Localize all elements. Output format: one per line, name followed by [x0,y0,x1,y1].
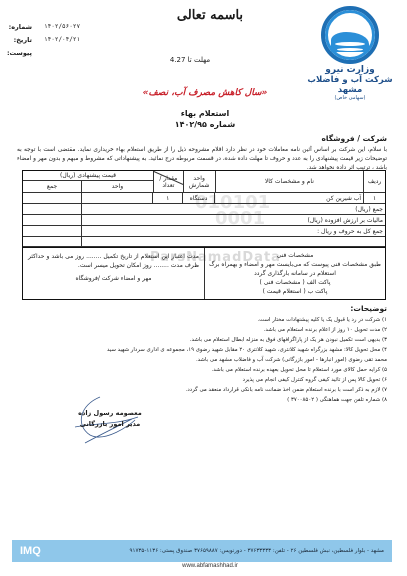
note-item: ۱) شرکت در رد یا قبول یک یا کلیه پیشنهاد… [17,315,387,325]
slogan: «سال کاهش مصرف آب، نصف» [90,88,320,98]
validity-section: مدت اعتبار این استعلام از تاریخ تکمیل ..… [23,248,204,299]
intro-paragraph: با سلام، این شرکت بر اساس آئین نامه معام… [17,146,387,173]
table-header-row: ردیف نام و مشخصات کالا واحد شمارش مقدار … [23,171,385,193]
blank-row [23,237,385,247]
row-price-unit-input[interactable] [81,193,153,203]
meta-date-value: ۱۴۰۲/۰۴/۲۱ [44,36,89,43]
deadline-note: مهلت تا 4.27 [140,56,240,64]
header-price-sub: واحد جمع [23,181,153,192]
row-name: آب شیرین کن [214,193,363,203]
company-line: شرکت / فروشگاه [321,134,387,143]
notes-title: توضیحات: [350,304,387,313]
meta-date-label: تاریخ: [10,36,32,44]
header-qty: مقدار / تعداد [153,171,183,192]
total-words-label: جمع کل به حروف و ریال : [236,226,385,236]
water-drop-logo-icon [321,6,379,64]
header-name: نام و مشخصات کالا [215,171,364,192]
note-item: ۲) مدت تحویل ۱۰ روز از اعلام برنده استعل… [17,325,387,335]
company-logo: وزارت نیرو شرکت آب و فاضلاب مشهد (سهامی … [300,6,400,101]
footer-band: مشهد - بلوار فلسطین، نبش فلسطین ۲۶ - تلف… [12,540,392,562]
technical-line: استعلام در سامانه بارگذاری گردد [209,269,381,278]
meta-number-value: ۱۴۰۲/۵۶۰۲۷ [44,23,89,30]
header-unit: واحد شمارش [183,171,215,192]
note-item: محمد تقی رضوی (امور انبارها - امور بازرگ… [17,355,387,365]
vat-value-input[interactable] [23,215,81,225]
inquiry-number: شماره ۱۴۰۲/۹۵ [120,119,290,130]
table-row: ۱ آب شیرین کن دستگاه ۱ [23,193,385,204]
header-price-group: قیمت پیشنهادی (ریال) واحد جمع [23,171,153,192]
validity-text: مدت اعتبار این استعلام از تاریخ تکمیل ..… [28,252,199,270]
header-index: ردیف [363,171,385,192]
price-inquiry-table: ردیف نام و مشخصات کالا واحد شمارش مقدار … [22,170,386,300]
row-unit: دستگاه [182,193,214,203]
signer-role: مدیر امور بازرگانی [70,419,150,430]
blank-cell-side [23,237,81,246]
meta-attachment: پیوست: [10,46,90,59]
meta-date: تاریخ: ۱۴۰۲/۰۴/۲۱ [10,33,90,46]
notes-list: ۱) شرکت در رد یا قبول یک یا کلیه پیشنهاد… [17,315,387,405]
row-price-total-input[interactable] [23,193,81,203]
note-item: ۵) کرایه حمل کالای مورد استعلام تا محل ت… [17,365,387,375]
signature-block: معصومه رسول زاده مدیر امور بازرگانی [70,408,150,430]
technical-line: پاکت ب ( استعلام قیمت ) [209,287,381,296]
letter-meta: شماره: ۱۴۰۲/۵۶۰۲۷ تاریخ: ۱۴۰۲/۰۴/۲۱ پیوس… [10,20,90,59]
note-item: ۶) تحویل کالا پس از تائید کیفی گروه کنتر… [17,375,387,385]
note-item: ۷) لازم به ذکر است با برنده استعلام ضمن … [17,385,387,395]
technical-and-validity: مشخصات فنی طبق مشخصات فنی پیوست که می‌با… [23,247,385,299]
vat-label: مالیات بر ارزش افزوده (ریال) [81,215,385,225]
sum-label: جمع (ریال) [81,204,385,214]
header-price-title: قیمت پیشنهادی (ریال) [23,171,153,181]
vat-row: مالیات بر ارزش افزوده (ریال) [23,215,385,226]
total-words-row: جمع کل به حروف و ریال : [23,226,385,237]
footer-address: مشهد - بلوار فلسطین، نبش فلسطین ۲۶ - تلف… [130,548,384,554]
footer-website-link[interactable]: www.abfamashhad.ir [150,563,270,569]
note-item: ۳) بدیهی است تکمیل نبودن هر یک از پاراگر… [17,335,387,345]
blank-cell [81,237,385,246]
sum-row: جمع (ریال) [23,204,385,215]
technical-title: مشخصات فنی [209,251,381,260]
stamp-signature-label: مهر و امضاء شرکت /فروشگاه [28,274,199,283]
meta-number-label: شماره: [10,23,32,31]
imq-cert-logo-icon: IMQ [20,545,41,557]
ministry-name: وزارت نیرو [300,65,400,75]
technical-specs: مشخصات فنی طبق مشخصات فنی پیوست که می‌با… [204,248,385,299]
row-qty: ۱ [152,193,182,203]
header-price-total: جمع [23,181,81,192]
bismillah: باسمه تعالی [165,8,255,23]
signer-name: معصومه رسول زاده [70,408,150,419]
technical-line: طبق مشخصات فنی پیوست که می‌بایست مهر و ا… [209,260,381,269]
meta-number: شماره: ۱۴۰۲/۵۶۰۲۷ [10,20,90,33]
row-index: ۱ [363,193,385,203]
inquiry-title: استعلام بهاء [120,108,290,119]
inquiry-heading: استعلام بهاء شماره ۱۴۰۲/۹۵ [120,108,290,130]
note-item: ۴) محل تحویل کالا: مشهد بزرگراه شهید کلا… [17,345,387,355]
total-words-input[interactable] [81,226,236,236]
total-words-side [23,226,81,236]
sum-value-input[interactable] [23,204,81,214]
technical-line: پاکت الف ( مشخصات فنی ) [209,278,381,287]
header-price-unit: واحد [81,181,153,192]
meta-attachment-label: پیوست: [10,49,32,57]
